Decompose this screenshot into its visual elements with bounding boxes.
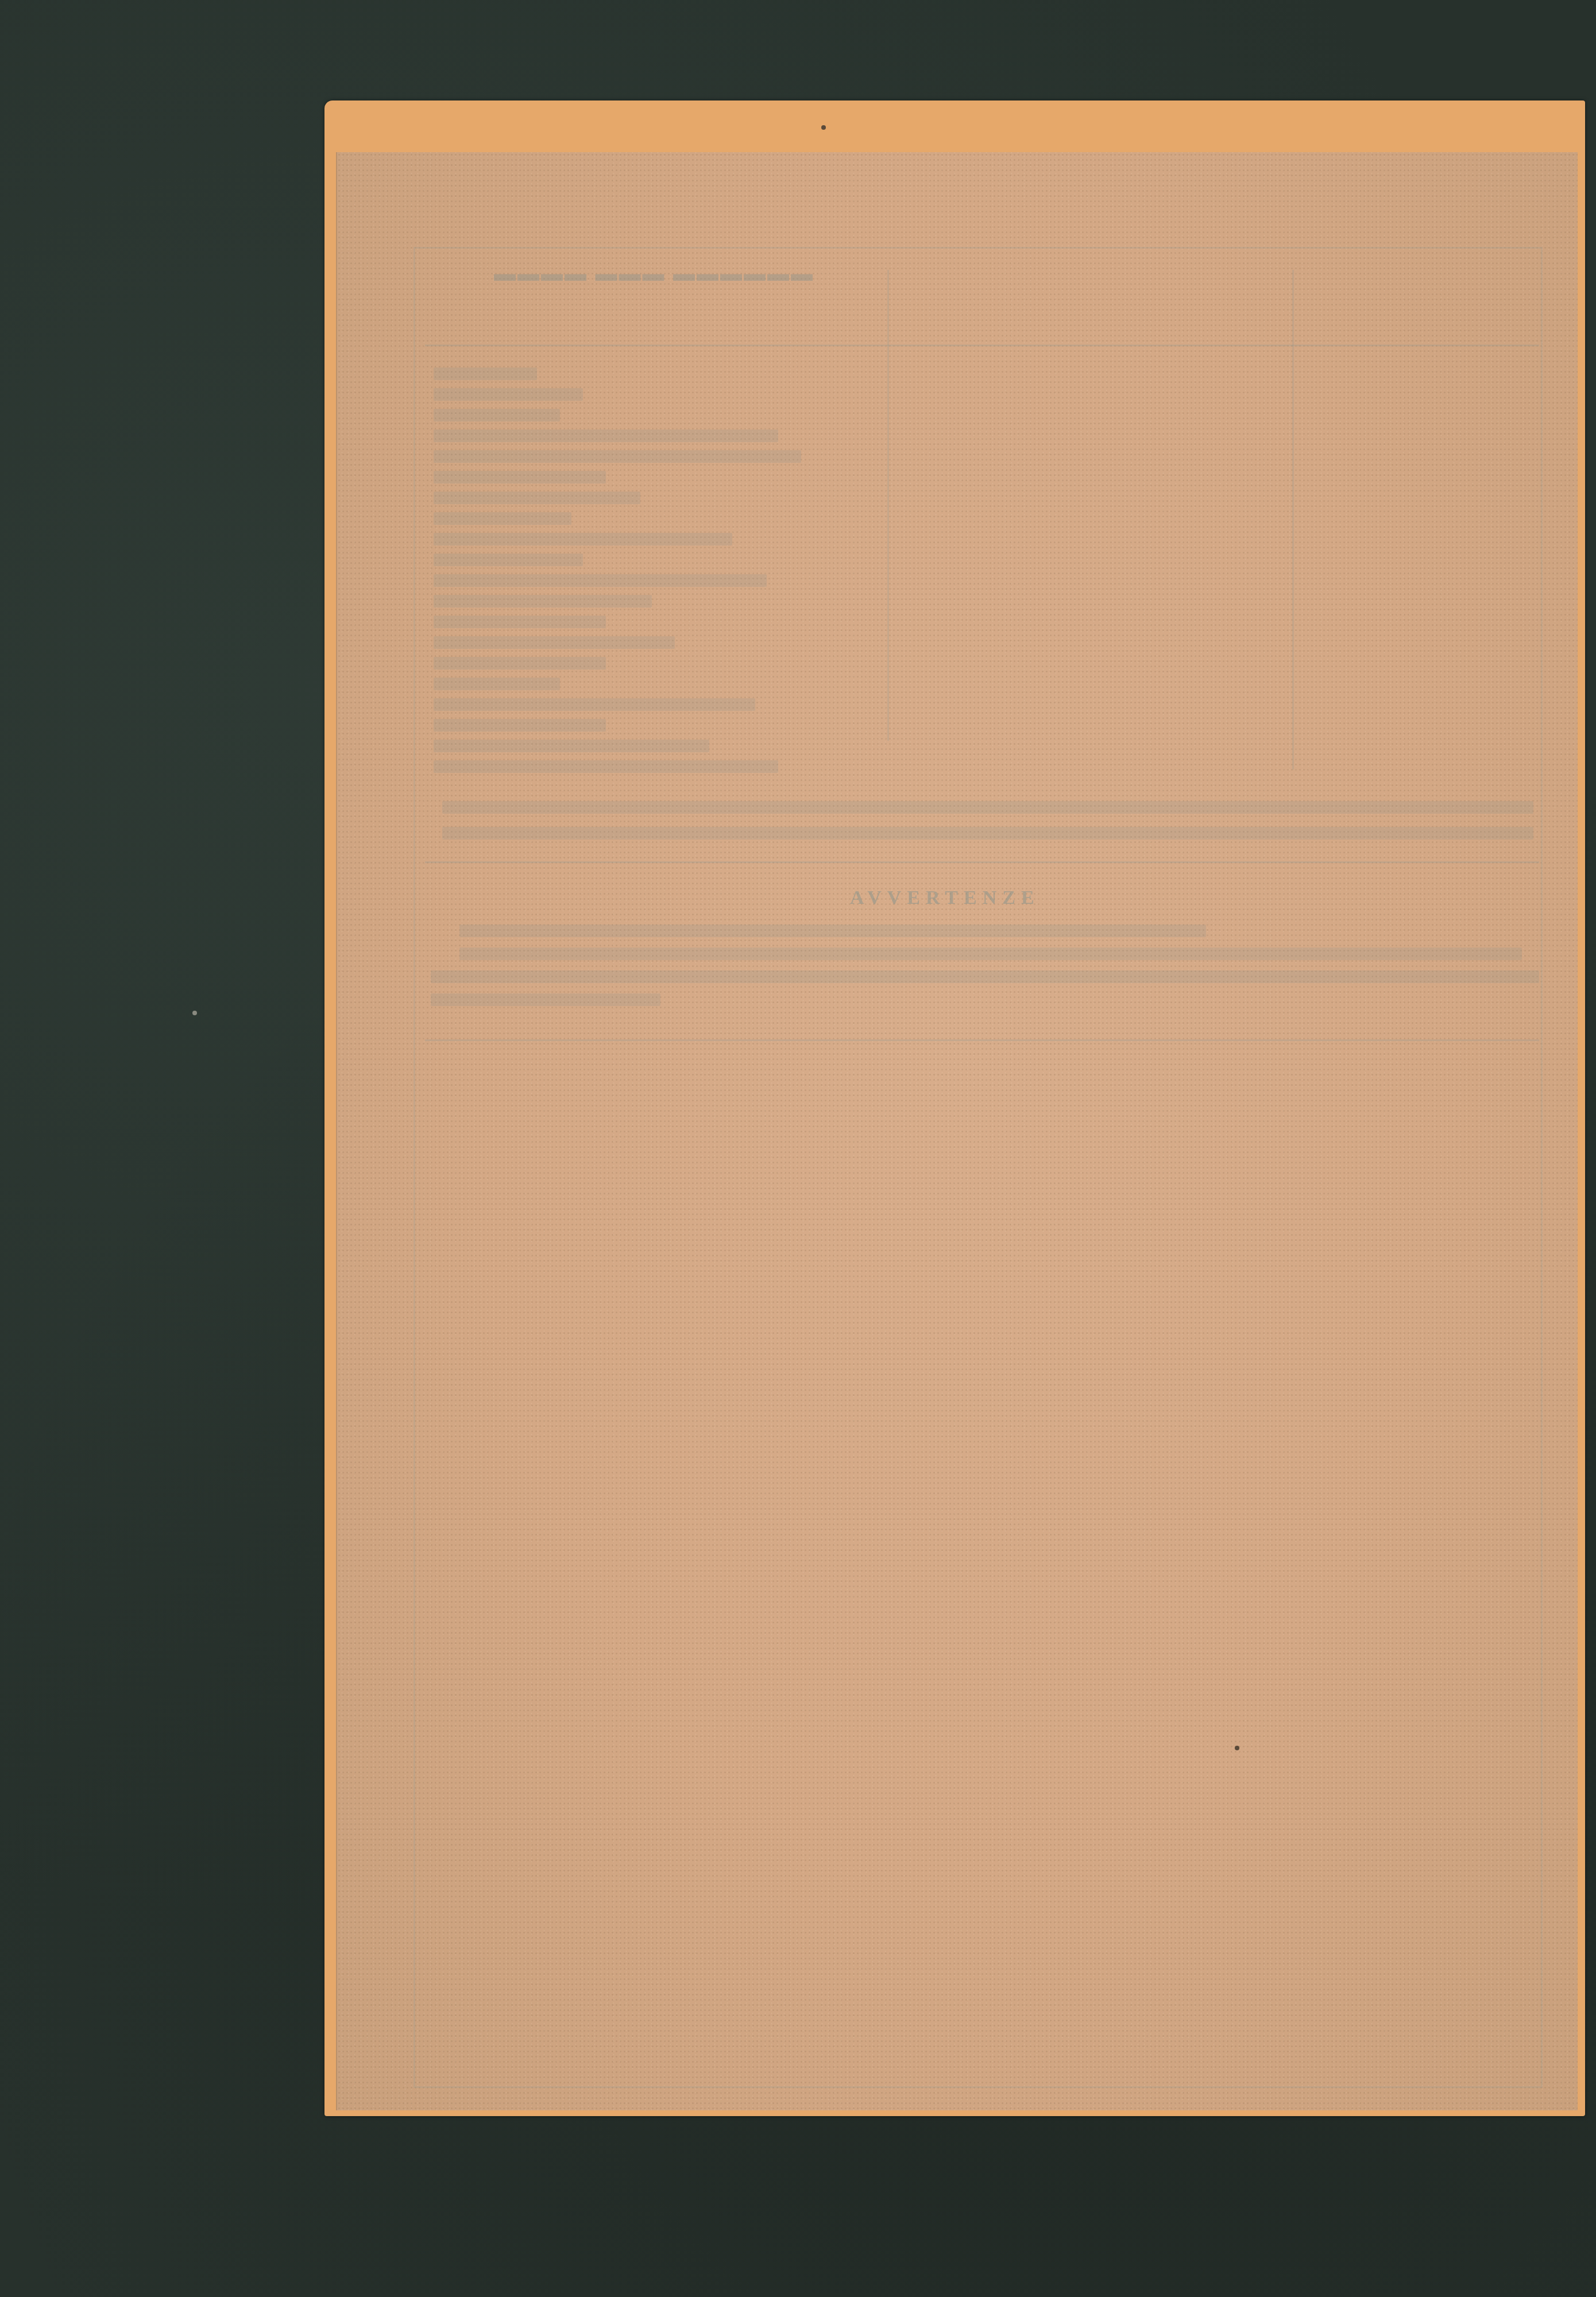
showthrough-line [434, 533, 732, 546]
showthrough-line [434, 595, 652, 608]
printed-frame-showthrough [414, 247, 1543, 2088]
showthrough-line [434, 430, 778, 442]
dust-speck [192, 1011, 197, 1015]
paper-speck [1235, 1746, 1239, 1750]
section-heading: AVVERTENZE [850, 887, 1040, 909]
showthrough-rule [425, 1039, 1539, 1041]
showthrough-title-block: ▬▬▬▬ ▬▬▬ ▬▬▬▬▬▬ [494, 261, 814, 287]
showthrough-line [434, 368, 537, 380]
showthrough-line [431, 993, 660, 1006]
showthrough-line [434, 388, 583, 401]
showthrough-line [434, 616, 606, 628]
paper-speck [821, 125, 826, 130]
showthrough-line [442, 801, 1533, 814]
showthrough-line [434, 698, 755, 711]
showthrough-line [434, 574, 767, 587]
showthrough-line [434, 678, 560, 690]
showthrough-line [442, 827, 1533, 840]
showthrough-line [434, 409, 560, 421]
showthrough-line [434, 760, 778, 773]
showthrough-line [434, 636, 675, 649]
showthrough-column-rule [1292, 270, 1294, 769]
showthrough-line [434, 554, 583, 566]
showthrough-line [434, 492, 640, 504]
showthrough-line [434, 719, 606, 732]
showthrough-line [459, 925, 1206, 937]
showthrough-line [431, 970, 1539, 983]
showthrough-line [434, 471, 606, 484]
showthrough-line [434, 657, 606, 670]
showthrough-line [434, 450, 801, 463]
showthrough-line [434, 740, 709, 752]
showthrough-column-rule [887, 270, 889, 741]
showthrough-rule [425, 345, 1539, 346]
showthrough-line [459, 948, 1522, 960]
showthrough-line [434, 512, 571, 525]
showthrough-rule [425, 861, 1539, 863]
